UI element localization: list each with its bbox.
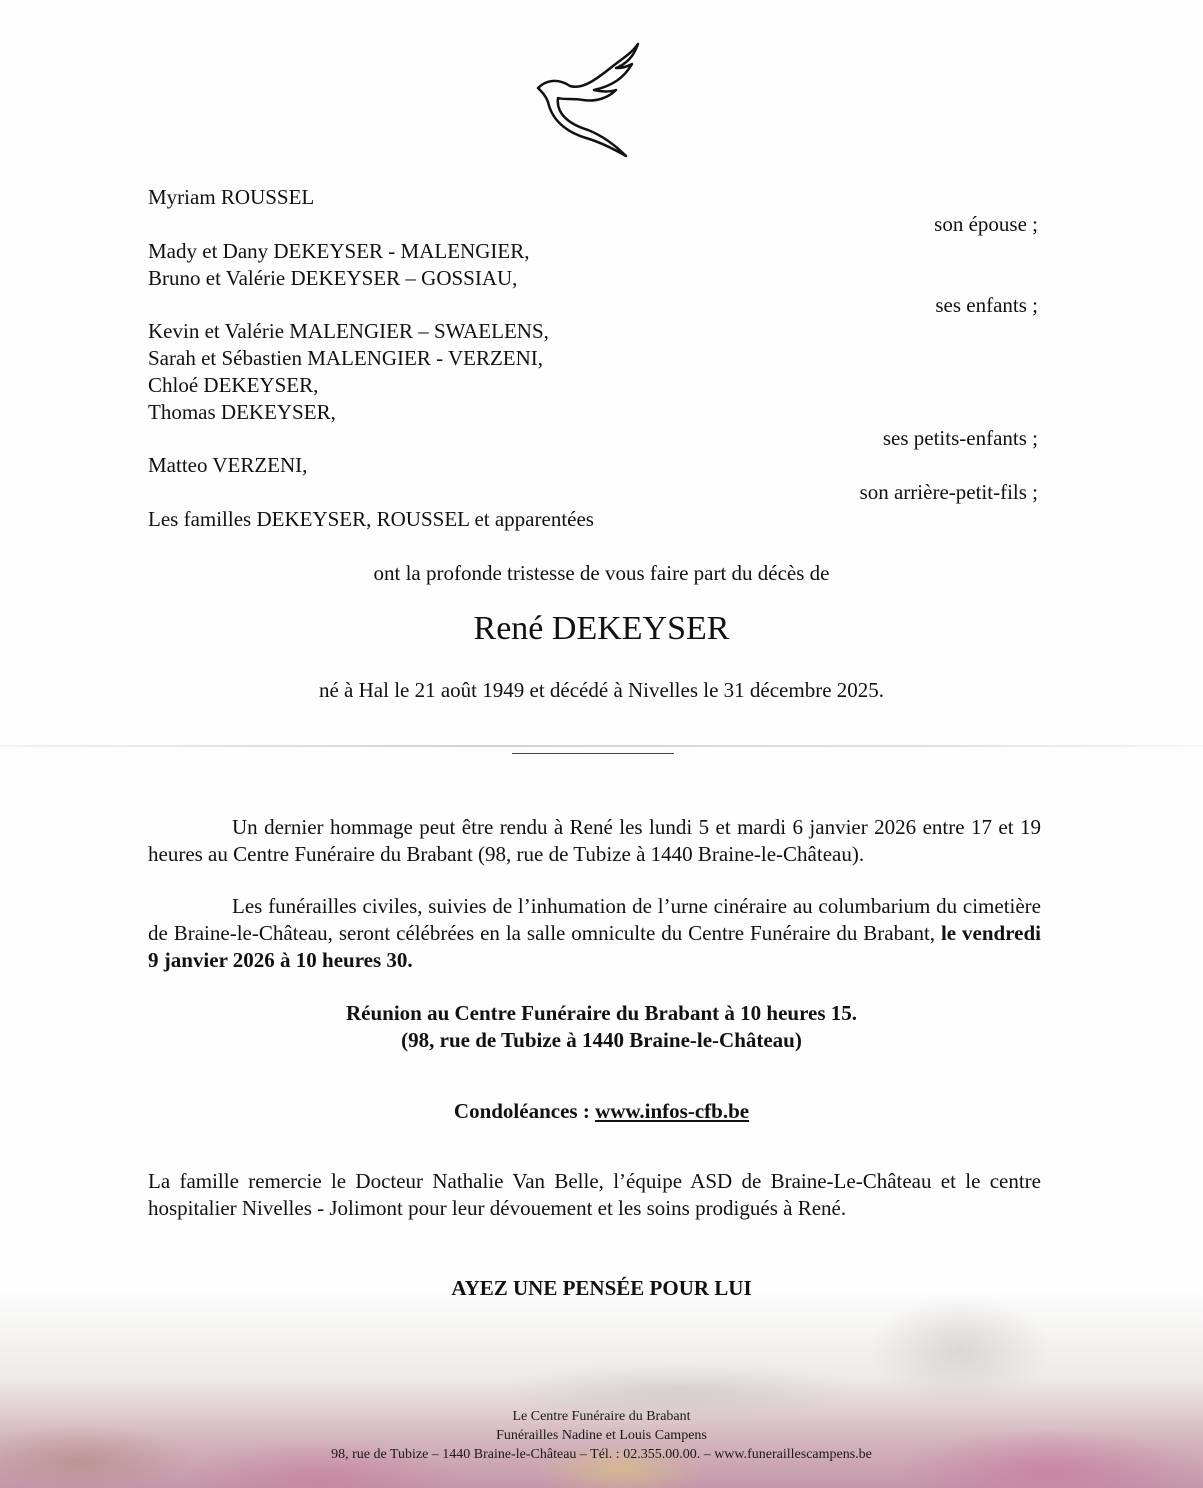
closing-line: AYEZ UNE PENSÉE POUR LUI	[0, 1275, 1203, 1302]
family-member: Myriam ROUSSEL	[148, 184, 314, 211]
funeral-text: Les funérailles civiles, suivies de l’in…	[148, 894, 1041, 945]
family-member: Sarah et Sébastien MALENGIER - VERZENI,	[148, 345, 549, 372]
condolences: Condoléances : www.infos-cfb.be	[0, 1098, 1203, 1125]
family-member: Thomas DEKEYSER,	[148, 399, 549, 426]
fold-line	[0, 745, 1203, 747]
family-member: Chloé DEKEYSER,	[148, 372, 549, 399]
family-grandchildren-names: Kevin et Valérie MALENGIER – SWAELENS, S…	[148, 318, 549, 426]
footer-owners: Funérailles Nadine et Louis Campens	[0, 1426, 1203, 1445]
relation-great-grandchild: son arrière-petit-fils ;	[860, 479, 1038, 506]
deceased-name: René DEKEYSER	[0, 610, 1203, 648]
family-member: Mady et Dany DEKEYSER - MALENGIER,	[148, 238, 529, 265]
meeting-line-1: Réunion au Centre Funéraire du Brabant à…	[0, 1000, 1203, 1027]
family-children-names: Mady et Dany DEKEYSER - MALENGIER, Bruno…	[148, 238, 529, 292]
family-member: Kevin et Valérie MALENGIER – SWAELENS,	[148, 318, 549, 345]
family-member: Bruno et Valérie DEKEYSER – GOSSIAU,	[148, 265, 529, 292]
footer-contact: 98, rue de Tubize – 1440 Braine-le-Châte…	[0, 1445, 1203, 1464]
birth-death-dates: né à Hal le 21 août 1949 et décédé à Niv…	[0, 677, 1203, 704]
relation-spouse: son épouse ;	[934, 211, 1038, 238]
announcement-intro: ont la profonde tristesse de vous faire …	[0, 560, 1203, 587]
thanks-paragraph: La famille remercie le Docteur Nathalie …	[148, 1168, 1041, 1222]
relation-grandchildren: ses petits-enfants ;	[883, 425, 1038, 452]
family-member: Matteo VERZENI,	[148, 452, 307, 479]
footer: Le Centre Funéraire du Brabant Funéraill…	[0, 1407, 1203, 1464]
family-great-grandchild-names: Matteo VERZENI,	[148, 452, 307, 479]
funeral-paragraph: Les funérailles civiles, suivies de l’in…	[148, 893, 1041, 974]
dove-icon	[528, 38, 658, 158]
family-spouse-names: Myriam ROUSSEL	[148, 184, 314, 211]
tribute-paragraph: Un dernier hommage peut être rendu à Ren…	[148, 814, 1041, 868]
meeting-line-2: (98, rue de Tubize à 1440 Braine-le-Chât…	[0, 1027, 1203, 1054]
footer-company: Le Centre Funéraire du Brabant	[0, 1407, 1203, 1426]
condolences-label: Condoléances :	[454, 1099, 595, 1123]
condolences-link[interactable]: www.infos-cfb.be	[595, 1099, 749, 1123]
separator-line	[512, 753, 674, 754]
relation-children: ses enfants ;	[935, 292, 1038, 319]
families-line: Les familles DEKEYSER, ROUSSEL et appare…	[148, 506, 594, 533]
